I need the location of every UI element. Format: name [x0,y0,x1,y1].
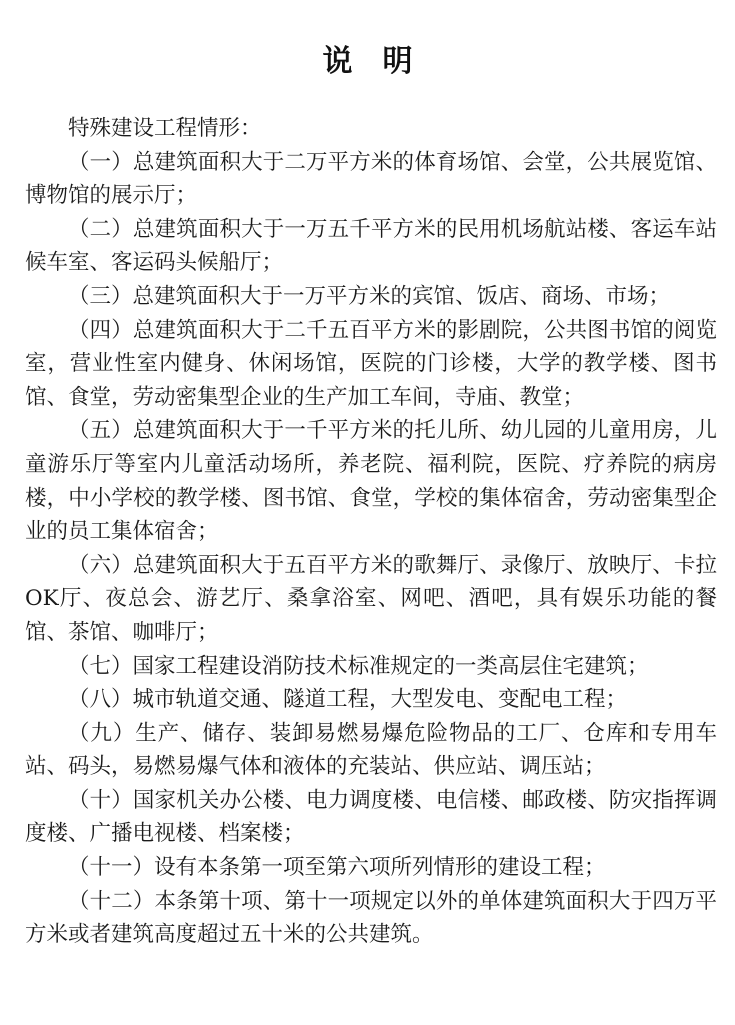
item-10-paragraph: （十）国家机关办公楼、电力调度楼、电信楼、邮政楼、防灾指挥调度楼、广播电视楼、档… [25,784,717,851]
item-3-paragraph: （三）总建筑面积大于一万平方米的宾馆、饭店、商场、市场； [25,280,717,314]
item-4-paragraph: （四）总建筑面积大于二千五百平方米的影剧院，公共图书馆的阅览室，营业性室内健身、… [25,314,717,415]
item-12-paragraph: （十二）本条第十项、第十一项规定以外的单体建筑面积大于四万平方米或者建筑高度超过… [25,885,717,952]
document-body: 特殊建设工程情形： （一）总建筑面积大于二万平方米的体育场馆、会堂，公共展览馆、… [25,112,717,952]
item-5-paragraph: （五）总建筑面积大于一千平方米的托儿所、幼儿园的儿童用房，儿童游乐厅等室内儿童活… [25,414,717,548]
item-6-paragraph: （六）总建筑面积大于五百平方米的歌舞厅、录像厅、放映厅、卡拉OK厅、夜总会、游艺… [25,549,717,650]
item-8-paragraph: （八）城市轨道交通、隧道工程，大型发电、变配电工程； [25,683,717,717]
item-1-paragraph: （一）总建筑面积大于二万平方米的体育场馆、会堂，公共展览馆、博物馆的展示厅； [25,146,717,213]
page-title: 说明 [0,42,735,82]
document-page: 说明 特殊建设工程情形： （一）总建筑面积大于二万平方米的体育场馆、会堂，公共展… [0,0,735,1025]
item-9-paragraph: （九）生产、储存、装卸易燃易爆危险物品的工厂、仓库和专用车站、码头，易燃易爆气体… [25,717,717,784]
item-11-paragraph: （十一）设有本条第一项至第六项所列情形的建设工程； [25,851,717,885]
item-2-paragraph: （二）总建筑面积大于一万五千平方米的民用机场航站楼、客运车站候车室、客运码头候船… [25,213,717,280]
intro-paragraph: 特殊建设工程情形： [25,112,717,146]
item-7-paragraph: （七）国家工程建设消防技术标准规定的一类高层住宅建筑； [25,650,717,684]
